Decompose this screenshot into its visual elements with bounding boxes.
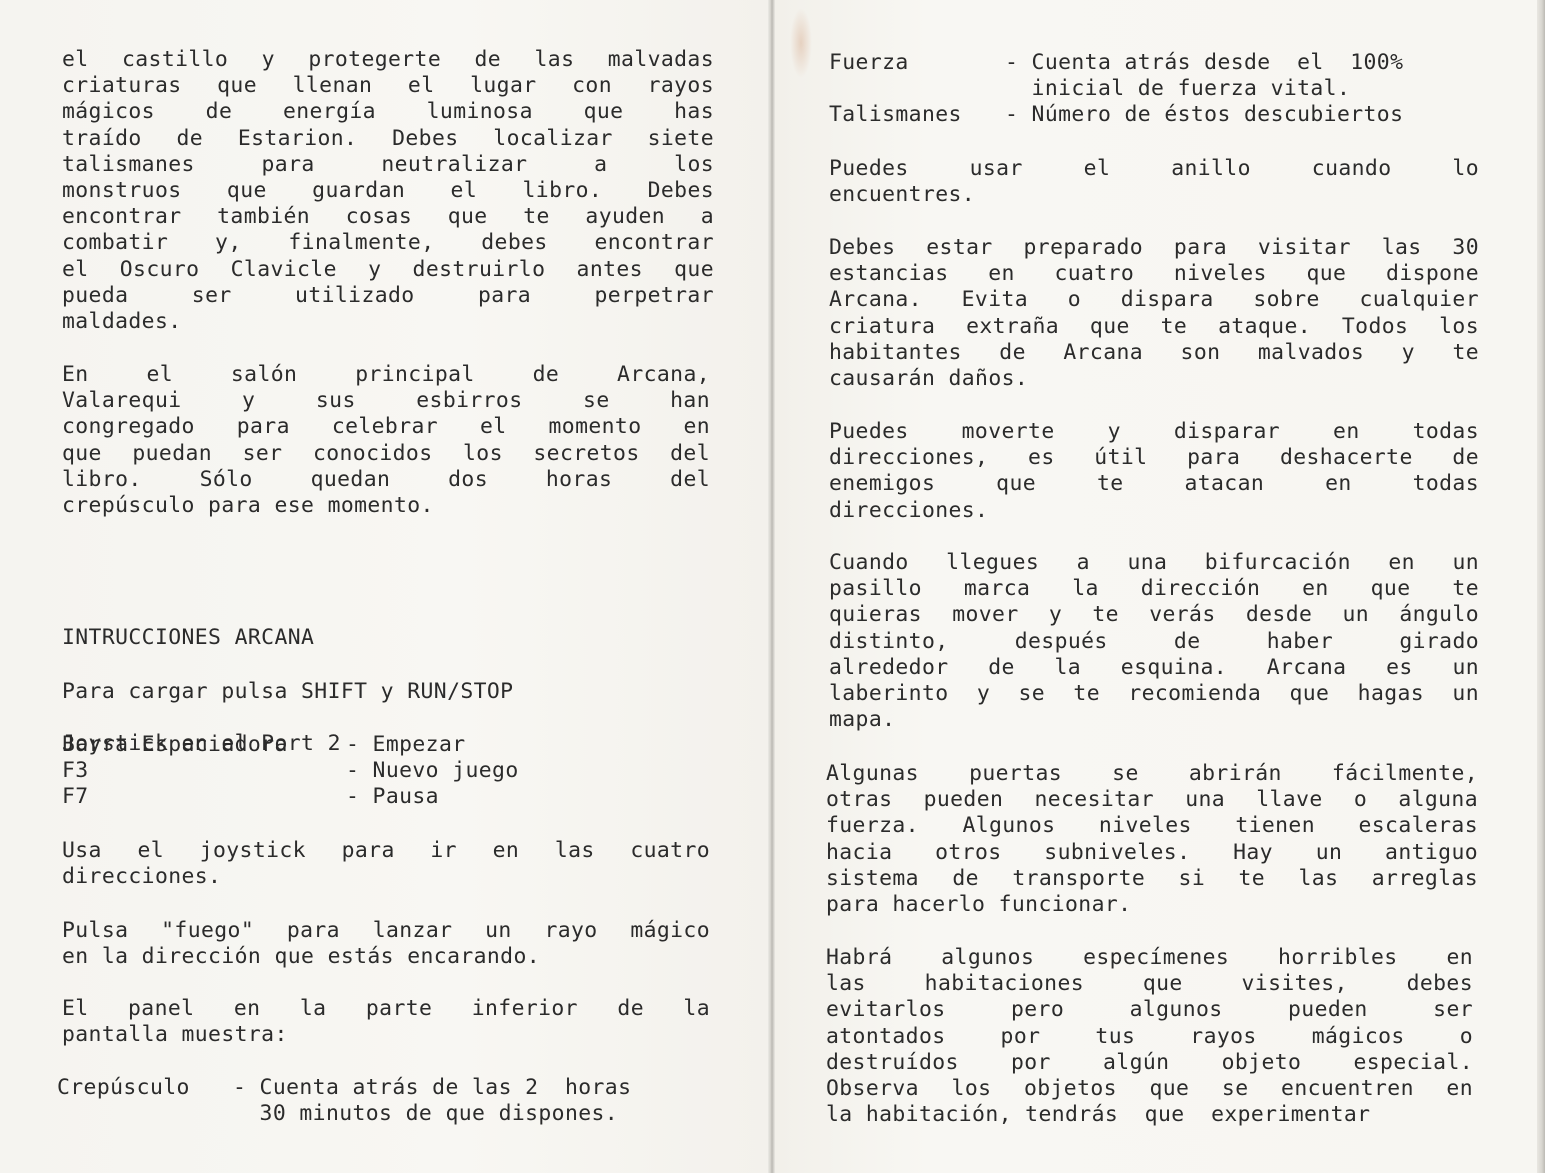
text-line: En el salón principal de Arcana, — [62, 362, 710, 388]
text-line: Algunas puertas se abrirán fácilmente, — [826, 761, 1478, 787]
text-line: monstruos que guardan el libro. Debes — [62, 178, 714, 204]
text-line: sistema de transporte si te las arreglas — [826, 866, 1478, 892]
text-line: atontados por tus rayos mágicos o — [826, 1024, 1473, 1050]
panel-item-description: - Número de éstos descubiertos — [1005, 102, 1403, 127]
text-line: encuentres. — [829, 182, 1479, 208]
text-line: libro. Sólo quedan dos horas del — [62, 467, 710, 493]
text-line: pueda ser utilizado para perpetrar — [62, 283, 714, 309]
text-line: las habitaciones que visites, debes — [826, 971, 1473, 997]
text-line: El panel en la parte inferior de la — [62, 996, 710, 1022]
text-line: Arcana. Evita o dispara sobre cualquier — [829, 287, 1479, 313]
text-line: Observa los objetos que se encuentren en — [826, 1076, 1473, 1102]
text-line: Puedes usar el anillo cuando lo — [829, 156, 1479, 182]
key-name: Barra Espaciadora — [62, 732, 346, 758]
shooting-paragraph: Puedes moverte y disparar en todasdirecc… — [829, 419, 1479, 524]
paper-stain — [790, 8, 812, 78]
panel-item-row: Fuerza- Cuenta atrás desde el 100% — [829, 50, 1403, 76]
text-line: mágicos de energía luminosa que has — [62, 99, 714, 125]
text-line: habitantes de Arcana son malvados y te — [829, 340, 1479, 366]
key-control-row: F7- Pausa — [62, 784, 519, 810]
right-text-column: Fuerza- Cuenta atrás desde el 100% inici… — [829, 50, 1479, 286]
text-line: Puedes moverte y disparar en todas — [829, 419, 1479, 445]
panel-item-row: Talismanes- Número de éstos descubiertos — [829, 102, 1403, 128]
panel-paragraph: El panel en la parte inferior de lapanta… — [62, 996, 710, 1048]
text-line: en la dirección que estás encarando. — [62, 944, 710, 970]
panel-item-description: - Cuenta atrás de las 2 horas — [233, 1075, 631, 1100]
panel-item-label: Talismanes — [829, 102, 1005, 128]
text-line: Habrá algunos especímenes horribles en — [826, 945, 1473, 971]
text-line: talismanes para neutralizar a los — [62, 152, 714, 178]
text-line: Pulsa "fuego" para lanzar un rayo mágico — [62, 918, 710, 944]
text-line: la habitación, tendrás que experimentar — [826, 1102, 1473, 1128]
key-name: F3 — [62, 758, 346, 784]
key-action: - Nuevo juego — [346, 758, 519, 783]
text-line: el Oscuro Clavicle y destruirlo antes qu… — [62, 257, 714, 283]
text-line: Usa el joystick para ir en las cuatro — [62, 838, 710, 864]
text-line: crepúsculo para ese momento. — [62, 493, 710, 519]
text-line: quieras mover y te verás desde un ángulo — [829, 602, 1479, 628]
booklet-spread: el castillo y protegerte de las malvadas… — [0, 0, 1545, 1173]
key-action: - Empezar — [346, 732, 466, 757]
text-line: criaturas que llenan el lugar con rayos — [62, 73, 714, 99]
panel-item-label: Crepúsculo — [57, 1075, 233, 1101]
text-line: direcciones. — [829, 498, 1479, 524]
intro-paragraph-1: el castillo y protegerte de las malvadas… — [62, 47, 714, 335]
text-line: otras pueden necesitar una llave o algun… — [826, 787, 1478, 813]
fire-paragraph: Pulsa "fuego" para lanzar un rayo mágico… — [62, 918, 710, 970]
text-line: direcciones. — [62, 864, 710, 890]
panel-item-row: inicial de fuerza vital. — [829, 76, 1403, 102]
text-line: el castillo y protegerte de las malvadas — [62, 47, 714, 73]
text-line: encontrar también cosas que te ayuden a — [62, 204, 714, 230]
text-line: maldades. — [62, 309, 714, 335]
intro-paragraph-2: En el salón principal de Arcana,Valarequ… — [62, 362, 710, 519]
panel-item-description: - Cuenta atrás desde el 100% — [1005, 50, 1403, 75]
key-name: F7 — [62, 784, 346, 810]
text-line: combatir y, finalmente, debes encontrar — [62, 230, 714, 256]
panel-item-description: 30 minutos de que dispones. — [233, 1101, 618, 1126]
center-fold — [768, 0, 775, 1173]
panel-item-description: inicial de fuerza vital. — [1005, 76, 1350, 101]
page-edge — [1537, 0, 1545, 1173]
text-line: alrededor de la esquina. Arcana es un — [829, 655, 1479, 681]
text-line: hacia otros subniveles. Hay un antiguo — [826, 840, 1478, 866]
text-line: para hacerlo funcionar. — [826, 892, 1478, 918]
text-line: que puedan ser conocidos los secretos de… — [62, 441, 710, 467]
text-line: mapa. — [829, 707, 1479, 733]
text-line: criatura extraña que te ataque. Todos lo… — [829, 314, 1479, 340]
panel-item-label: Fuerza — [829, 50, 1005, 76]
panel-item-row: 30 minutos de que dispones. — [57, 1101, 631, 1127]
text-line: direcciones, es útil para deshacerte de — [829, 445, 1479, 471]
text-line: congregado para celebrar el momento en — [62, 414, 710, 440]
text-line: traído de Estarion. Debes localizar siet… — [62, 126, 714, 152]
text-line: fuerza. Algunos niveles tienen escaleras — [826, 813, 1478, 839]
corridor-paragraph: Cuando llegues a una bifurcación en unpa… — [829, 550, 1479, 733]
text-line: Cuando llegues a una bifurcación en un — [829, 550, 1479, 576]
specimens-paragraph: Habrá algunos especímenes horribles enla… — [826, 945, 1473, 1128]
text-line: distinto, después de haber girado — [829, 629, 1479, 655]
text-line: Valarequi y sus esbirros se han — [62, 388, 710, 414]
text-line: Debes estar preparado para visitar las 3… — [829, 235, 1479, 261]
movement-paragraph: Usa el joystick para ir en las cuatrodir… — [62, 838, 710, 890]
text-line: pantalla muestra: — [62, 1022, 710, 1048]
rooms-paragraph: Debes estar preparado para visitar las 3… — [829, 235, 1479, 392]
text-line: evitarlos pero algunos pueden ser — [826, 997, 1473, 1023]
text-line: enemigos que te atacan en todas — [829, 471, 1479, 497]
text-line: destruídos por algún objeto especial. — [826, 1050, 1473, 1076]
key-action: - Pausa — [346, 784, 439, 809]
panel-items-continued: Fuerza- Cuenta atrás desde el 100% inici… — [829, 50, 1403, 129]
text-line: pasillo marca la dirección en que te — [829, 576, 1479, 602]
panel-item-row: Crepúsculo- Cuenta atrás de las 2 horas — [57, 1075, 631, 1101]
panel-item-crepusculo: Crepúsculo- Cuenta atrás de las 2 horas … — [57, 1075, 631, 1127]
text-line: estancias en cuatro niveles que dispone — [829, 261, 1479, 287]
key-controls: Barra Espaciadora- EmpezarF3- Nuevo jueg… — [62, 732, 519, 811]
key-control-row: Barra Espaciadora- Empezar — [62, 732, 519, 758]
text-line: causarán daños. — [829, 366, 1479, 392]
text-line: laberinto y se te recomienda que hagas u… — [829, 681, 1479, 707]
doors-paragraph: Algunas puertas se abrirán fácilmente,ot… — [826, 761, 1478, 918]
ring-paragraph: Puedes usar el anillo cuando loencuentre… — [829, 156, 1479, 208]
left-text-column: el castillo y protegerte de las malvadas… — [62, 47, 714, 361]
key-control-row: F3- Nuevo juego — [62, 758, 519, 784]
